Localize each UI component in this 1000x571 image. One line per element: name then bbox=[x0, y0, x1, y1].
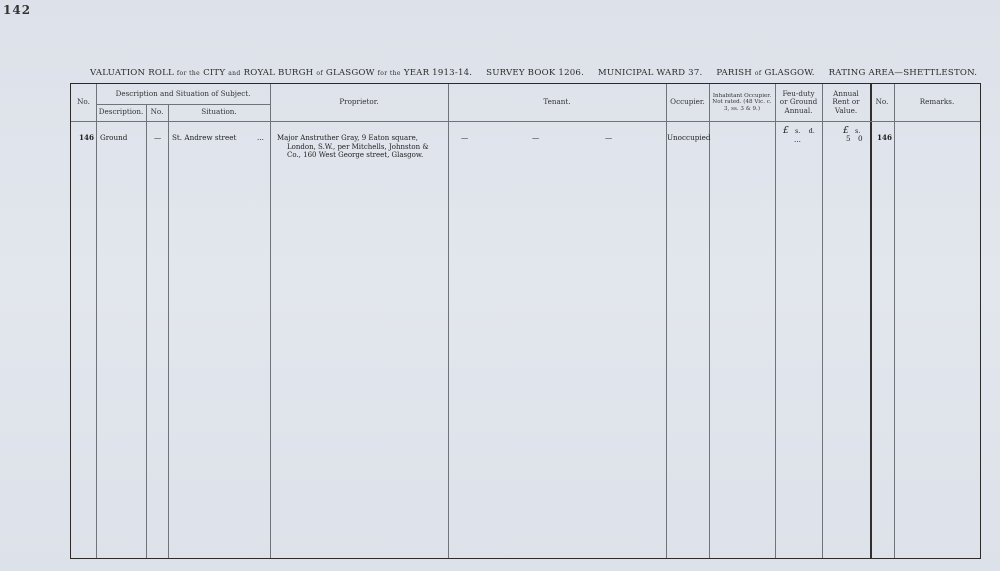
title-for-the: for the bbox=[177, 70, 200, 77]
header-feu-duty: Feu-duty or Ground Annual. bbox=[775, 84, 822, 121]
header-no-right: No. bbox=[870, 84, 894, 121]
parish-of: of bbox=[755, 70, 762, 77]
row-occupier: Unoccupied bbox=[667, 134, 710, 143]
row-annual-rent-shillings: 0 bbox=[858, 135, 863, 144]
header-divider bbox=[71, 121, 980, 122]
title-valuation-roll: VALUATION ROLL bbox=[90, 68, 174, 78]
row-tenant-dash-2: — bbox=[532, 134, 539, 143]
proprietor-line-2: London, S.W., per Mitchells, Johnston & bbox=[277, 143, 449, 152]
row-tenant-dash-3: — bbox=[605, 134, 612, 143]
parish-label: PARISH bbox=[716, 68, 752, 78]
row-no-right: 146 bbox=[877, 134, 892, 143]
title-for-the-2: for the bbox=[378, 70, 401, 77]
col-divider bbox=[870, 84, 872, 558]
document-title: VALUATION ROLL for the CITY and ROYAL BU… bbox=[90, 68, 980, 78]
header-proprietor: Proprietor. bbox=[270, 84, 448, 121]
header-remarks: Remarks. bbox=[894, 84, 980, 121]
header-annual-rent: Annual Rent or Value. bbox=[822, 84, 870, 121]
row-tenant-dash-1: — bbox=[461, 134, 468, 143]
title-and: and bbox=[228, 70, 240, 77]
header-situation: Situation. bbox=[168, 104, 270, 121]
title-year: YEAR 1913-14. bbox=[404, 68, 472, 78]
col-divider bbox=[709, 84, 710, 558]
document-page: 142 VALUATION ROLL for the CITY and ROYA… bbox=[0, 0, 1000, 571]
title-glasgow: GLASGOW bbox=[326, 68, 375, 78]
title-of: of bbox=[316, 70, 323, 77]
col-divider bbox=[775, 84, 776, 558]
header-description-group: Description and Situation of Subject. bbox=[96, 84, 270, 104]
pence-label: d. bbox=[809, 127, 815, 135]
municipal-ward: MUNICIPAL WARD 37. bbox=[598, 68, 703, 78]
row-annual-rent-pounds: 5 bbox=[846, 135, 851, 144]
rating-area: RATING AREA—SHETTLESTON. bbox=[829, 68, 978, 78]
header-inhabitant-occupier: Inhabitant Occupier. Not rated. (48 Vic.… bbox=[709, 84, 775, 121]
header-sub-no: No. bbox=[146, 104, 168, 121]
pound-symbol: £ bbox=[783, 126, 789, 136]
col-divider bbox=[666, 84, 667, 558]
row-feu-duty-value: ... bbox=[794, 136, 801, 145]
proprietor-line-3: Co., 160 West George street, Glasgow. bbox=[277, 151, 449, 160]
valuation-table: No. Description and Situation of Subject… bbox=[70, 83, 981, 559]
col-divider bbox=[168, 104, 169, 558]
title-royal-burgh: ROYAL BURGH bbox=[244, 68, 314, 78]
col-divider bbox=[822, 84, 823, 558]
row-situation-dots: ... bbox=[257, 134, 264, 143]
row-sub-no: — bbox=[154, 134, 161, 143]
col-divider bbox=[270, 84, 271, 558]
row-proprietor: Major Anstruther Gray, 9 Eaton square, L… bbox=[277, 134, 449, 160]
col-divider bbox=[894, 84, 895, 558]
row-no: 146 bbox=[79, 134, 94, 143]
page-number: 142 bbox=[3, 3, 31, 17]
parish-value: GLASGOW. bbox=[764, 68, 814, 78]
row-description: Ground bbox=[100, 134, 127, 143]
proprietor-line-1: Major Anstruther Gray, 9 Eaton square, bbox=[277, 134, 449, 143]
row-situation: St. Andrew street bbox=[172, 134, 236, 143]
header-occupier: Occupier. bbox=[666, 84, 709, 121]
col-divider bbox=[96, 84, 97, 558]
survey-book: SURVEY BOOK 1206. bbox=[486, 68, 584, 78]
header-no: No. bbox=[71, 84, 96, 121]
shillings-label: s. bbox=[795, 127, 800, 135]
header-tenant: Tenant. bbox=[448, 84, 666, 121]
title-city: CITY bbox=[203, 68, 225, 78]
header-description: Description. bbox=[96, 104, 146, 121]
col-divider bbox=[146, 104, 147, 558]
